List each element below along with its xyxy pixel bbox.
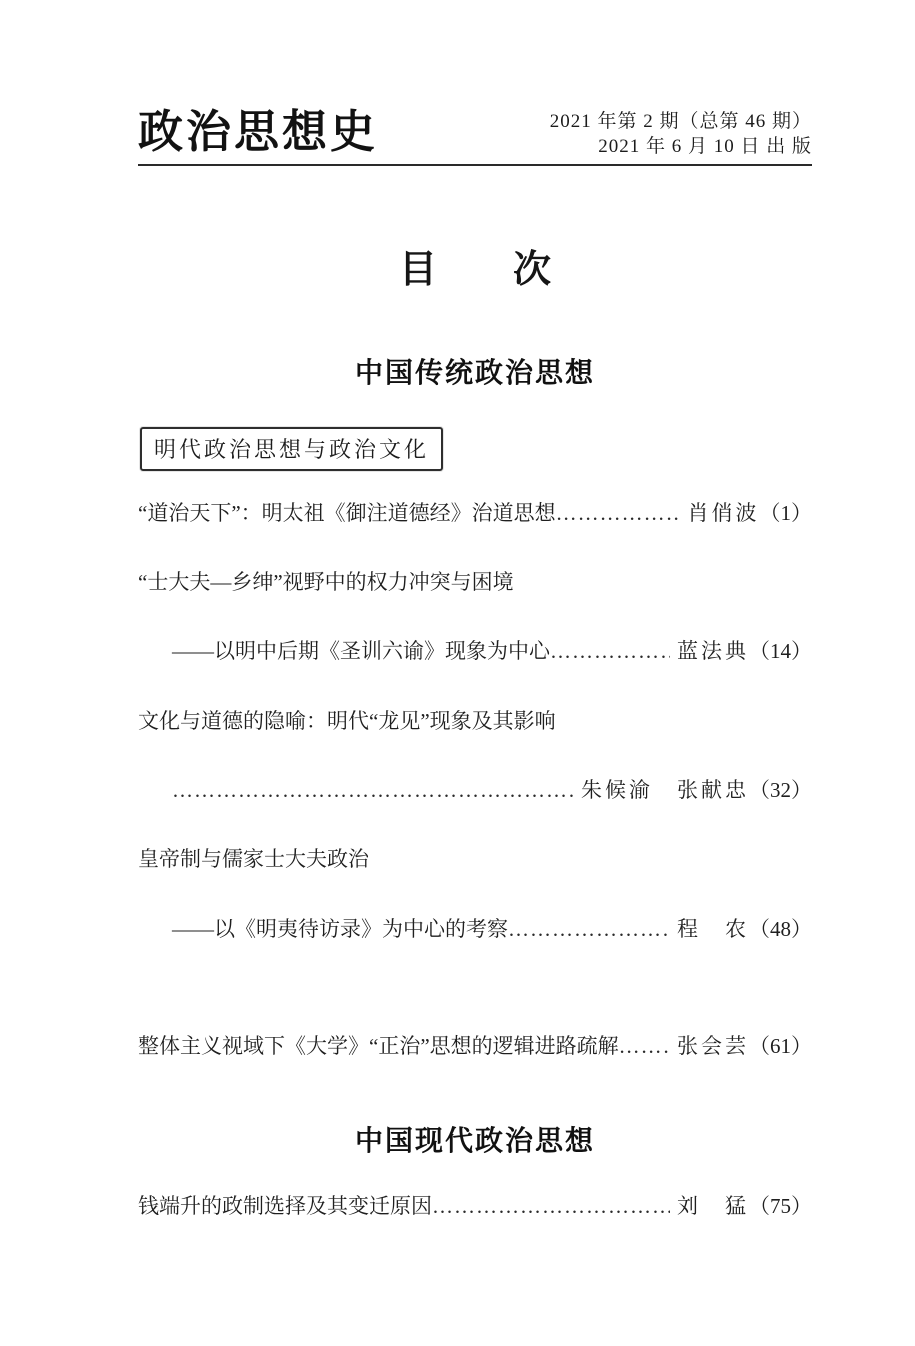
entry-author: 刘 猛 [677,1194,749,1218]
entry-author-page: 张会芸（61） [670,1032,812,1061]
entry-title: 皇帝制与儒家士大夫政治 [138,847,369,871]
section-heading-chinese-modern: 中国现代政治思想 [138,1119,812,1159]
dot-leader: ……………………………………………………………………………… [508,915,670,944]
entry-author: 肖俏波 [688,501,760,525]
toc-title: 目 次 [138,238,812,293]
entry-author: 蓝法典 [677,639,749,663]
dot-leader: ……………………………………………………………………………… [619,1032,670,1061]
dot-leader: ……………………………………………………………………………… [550,637,670,666]
toc-entry-3-authors: ……………………………………………………………………………… 朱候渝 张献忠（3… [172,776,812,805]
entry-author-page: 朱候渝 张献忠（32） [574,776,812,805]
entry-title: 钱端升的政制选择及其变迁原因 [138,1192,432,1221]
dot-leader: ……………………………………………………………………………… [556,499,681,528]
dot-leader: ……………………………………………………………………………… [432,1192,670,1221]
entry-subtitle: ——以明中后期《圣训六谕》现象为中心 [172,637,550,666]
toc-entry-2-title: “士大夫—乡绅”视野中的权力冲突与困境 [138,568,812,597]
topic-box: 明代政治思想与政治文化 [140,427,443,471]
issue-line-1: 2021 年第 2 期（总第 46 期） [550,109,812,134]
entry-author: 朱候渝 张献忠 [581,778,749,802]
entry-page-number: （1） [760,501,813,525]
entry-author: 张会芸 [677,1034,749,1058]
entry-page-number: （75） [749,1194,812,1218]
toc-entry-2-subtitle: ——以明中后期《圣训六谕》现象为中心 ………………………………………………………… [172,637,812,666]
entry-page-number: （48） [749,917,812,941]
toc-entry-4-title: 皇帝制与儒家士大夫政治 [138,845,812,874]
entry-page-number: （61） [749,1034,812,1058]
toc-entry-6: 钱端升的政制选择及其变迁原因 …………………………………………………………………… [138,1192,812,1221]
entry-page-number: （14） [749,639,812,663]
header-rule [138,164,812,166]
section-heading-chinese-traditional: 中国传统政治思想 [138,351,812,391]
entry-author-page: 刘 猛（75） [670,1192,812,1221]
dot-leader: ……………………………………………………………………………… [172,776,574,805]
issue-line-2: 2021 年 6 月 10 日 出 版 [550,134,812,159]
entry-page-number: （32） [749,778,812,802]
toc-entry-5: 整体主义视域下《大学》“正治”思想的逻辑进路疏解 ………………………………………… [138,1032,812,1061]
entry-title: 整体主义视域下《大学》“正治”思想的逻辑进路疏解 [138,1032,619,1061]
entry-title: “道治天下”：明太祖《御注道德经》治道思想 [138,499,556,528]
toc-entry-4-subtitle: ——以《明夷待访录》为中心的考察 ……………………………………………………………… [172,915,812,944]
issue-info: 2021 年第 2 期（总第 46 期） 2021 年 6 月 10 日 出 版 [550,109,812,159]
toc-entry-1: “道治天下”：明太祖《御注道德经》治道思想 ………………………………………………… [138,499,812,528]
entry-title: “士大夫—乡绅”视野中的权力冲突与困境 [138,570,514,594]
journal-toc-page: 政治思想史 2021 年第 2 期（总第 46 期） 2021 年 6 月 10… [0,0,915,1346]
journal-title: 政治思想史 [138,108,378,158]
entry-author-page: 蓝法典（14） [670,637,812,666]
entry-author-page: 肖俏波（1） [681,499,813,528]
toc-entry-3-title: 文化与道德的隐喻：明代“龙见”现象及其影响 [138,707,812,736]
entry-title: 文化与道德的隐喻：明代“龙见”现象及其影响 [138,709,556,733]
topic-box-label: 明代政治思想与政治文化 [154,437,429,462]
entry-author-page: 程 农（48） [670,915,812,944]
entry-subtitle: ——以《明夷待访录》为中心的考察 [172,915,508,944]
entry-author: 程 农 [677,917,749,941]
